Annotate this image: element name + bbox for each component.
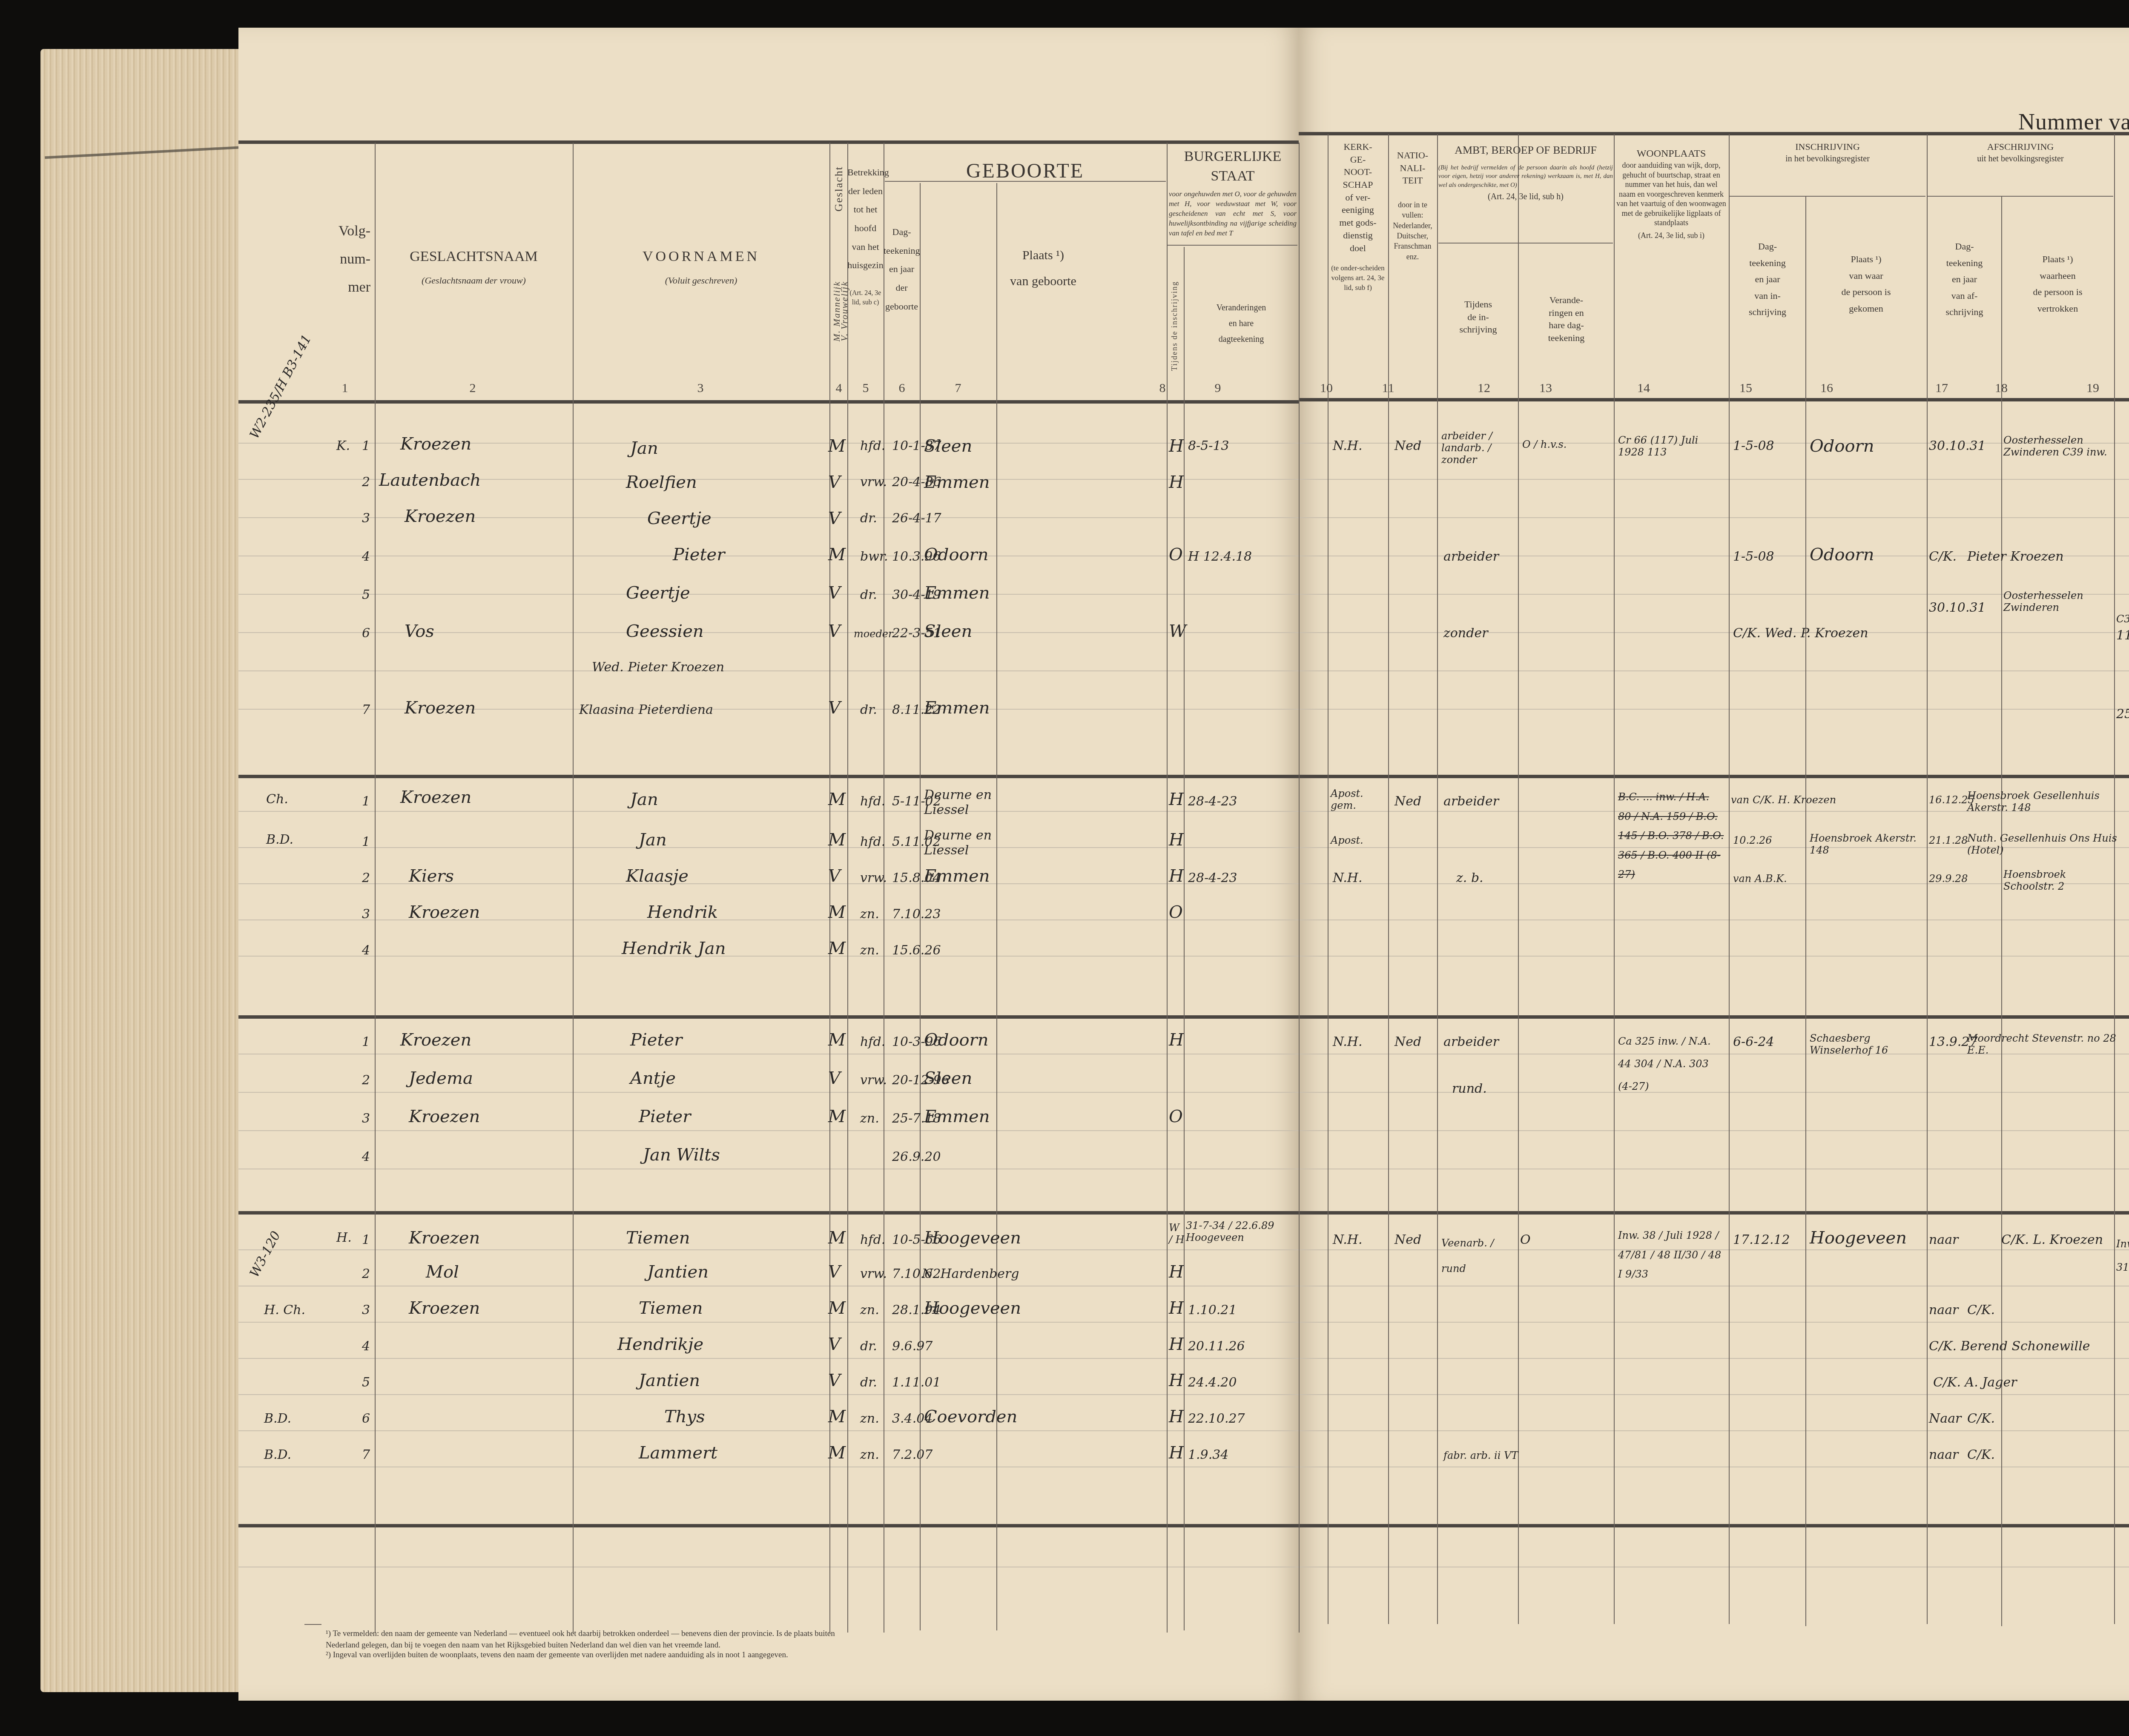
header-sub: (Geslachtsnaam der vrouw)	[375, 274, 573, 287]
header-line: ringen en	[1519, 307, 1614, 319]
given-names: Jan	[630, 438, 658, 458]
civil-status: H	[1169, 1030, 1184, 1050]
footnote-1: ¹) Te vermelden: den naam der gemeente v…	[326, 1628, 837, 1651]
header-line: van in-	[1730, 288, 1805, 304]
column-divider	[1518, 134, 1519, 1624]
header-line: der	[884, 281, 920, 294]
birth-place: Emmen	[924, 698, 990, 718]
header-volgnummer: Volg- num- mer	[243, 221, 370, 297]
header-note: voor ongehuwden met O, voor de gehuwden …	[1169, 189, 1297, 238]
header-line: Plaats ¹)	[2001, 251, 2114, 268]
death-date: Inw. / 31.7.34	[2116, 1232, 2129, 1279]
header-sub: door in te vullen: Nederlander, Duitsche…	[1388, 200, 1437, 262]
surname: Kroezen	[400, 1030, 471, 1050]
header-line: TEIT	[1388, 174, 1437, 187]
relation: zn.	[860, 943, 879, 958]
row-mark: K.	[336, 438, 350, 453]
given-names: Pieter	[630, 1030, 682, 1050]
registration-date: van C/K. H. Kroezen	[1731, 794, 1836, 806]
header-line: Betrekking	[847, 166, 884, 179]
row-number: 2	[362, 1266, 370, 1281]
death-date: C39 inw.	[2116, 613, 2129, 625]
pencil-mark	[45, 146, 245, 159]
deregistration-date: 30.10.31	[1929, 600, 1986, 615]
column-divider	[1328, 134, 1328, 1624]
header-line: NOOT-	[1328, 166, 1388, 178]
header-line: teekening	[884, 244, 920, 257]
surname: Jedema	[409, 1069, 473, 1088]
sex: V	[828, 473, 841, 492]
civil-status: H	[1169, 473, 1184, 492]
column-divider	[1167, 143, 1168, 1633]
occupation: fabr. arb. ii VT	[1443, 1450, 1518, 1461]
deregistration-to: C/K. Berend Schonewille	[1929, 1339, 2090, 1354]
relation: dr.	[860, 511, 877, 526]
header-burgerlijke-staat: BURGERLIJKE STAAT voor ongehuwden met O,…	[1169, 147, 1297, 238]
column-number: 12	[1471, 381, 1497, 395]
sex: V	[828, 1262, 841, 1282]
sex: M	[828, 939, 846, 958]
deregistration-to: C/K. L. Kroezen	[2001, 1232, 2103, 1247]
given-names: Roelfien	[626, 473, 697, 492]
group-rule	[1168, 245, 1297, 246]
header-title: AMBT, BEROEP OF BEDRIJF	[1438, 143, 1613, 158]
header-veranderingen: Veranderingen en hare dagteekening	[1184, 302, 1299, 345]
header-inschrijving: INSCHRIJVING in het bevolkingsregister	[1730, 140, 1925, 165]
header-note: door aanduiding van wijk, dorp, gehucht …	[1616, 160, 1727, 228]
given-names: Hendrik Jan	[622, 939, 726, 958]
group-rule	[1438, 243, 1613, 243]
header-line: en hare	[1184, 318, 1299, 329]
civil-status: H	[1169, 436, 1184, 456]
header-line: teekening	[2114, 229, 2129, 246]
header-ambt-veranderingen: Verande- ringen en hare dag- teekening	[1519, 294, 1614, 344]
row-number: 7	[362, 1447, 370, 1462]
relation: vrw.	[860, 1073, 887, 1088]
surname: Kroezen	[409, 1107, 480, 1126]
column-divider	[1614, 134, 1615, 1624]
birth-place: Sleen	[924, 1069, 972, 1088]
header-line: NATIO-	[1388, 149, 1437, 162]
given-names: Antje	[630, 1069, 676, 1088]
deregistration-to: Hoensbroek Schoolstr. 2	[2003, 868, 2089, 892]
deregistration-to: C/K.	[1967, 1447, 1995, 1462]
nationality: Ned	[1394, 438, 1421, 453]
column-divider	[1805, 196, 1806, 1626]
header-top-rule	[238, 140, 1299, 144]
relation: hfd.	[860, 1034, 885, 1049]
header-title: WOONPLAATS	[1616, 147, 1727, 160]
occupation: arbeider	[1443, 549, 1499, 564]
given-names: Hendrik	[647, 902, 718, 922]
header-line: Plaats ¹)	[1805, 251, 1927, 268]
surname: Vos	[405, 622, 434, 641]
header-line: van waar	[1805, 268, 1927, 284]
civil-status: H	[1169, 1335, 1184, 1354]
civil-status: H	[1169, 1407, 1184, 1427]
relation: zn.	[860, 907, 879, 922]
registration-date: van A.B.K.	[1733, 873, 1787, 885]
surname: Kiers	[409, 866, 454, 886]
column-divider	[375, 143, 376, 1633]
header-afschrijving-datum: Dag- teekening en jaar van af- schrijvin…	[1928, 238, 2001, 321]
church: Apost. gem.	[1331, 788, 1386, 811]
header-line: hare dag-	[1519, 319, 1614, 332]
row-mark: Ch.	[266, 792, 288, 807]
church: N.H.	[1333, 438, 1363, 453]
church: N.H.	[1333, 1034, 1363, 1049]
column-number: 7	[945, 381, 971, 395]
header-line: KERK-	[1328, 140, 1388, 153]
column-number: 8	[1150, 381, 1175, 395]
header-title: GEBOORTE	[884, 158, 1167, 185]
row-number: 3	[362, 1111, 370, 1126]
relation: dr.	[860, 587, 877, 602]
footnote-rule	[304, 1624, 321, 1625]
row-number: 4	[362, 1339, 370, 1354]
civil-status: H	[1169, 1371, 1184, 1390]
sex: V	[828, 698, 841, 718]
occupation-change: O	[1520, 1232, 1531, 1247]
row-mark: H.	[336, 1230, 352, 1245]
header-inschrijving-plaats: Plaats ¹) van waar de persoon is gekomen	[1805, 251, 1927, 317]
relation: vrw.	[860, 871, 887, 885]
header-overlijden: Dag- teekening en jaar van OVER- LIJDEN …	[2114, 213, 2129, 311]
row-number: 6	[362, 626, 370, 641]
surname: Kroezen	[409, 1228, 480, 1248]
civil-status: W / H	[1169, 1222, 1186, 1246]
sex: V	[828, 622, 841, 641]
header-line: Volg-	[243, 221, 370, 241]
given-names: Pieter	[673, 545, 725, 564]
header-line: de in-	[1438, 311, 1518, 324]
registration-from: Schaesberg Winselerhof 16	[1810, 1032, 1925, 1056]
civil-status: O	[1169, 545, 1183, 564]
sex: M	[828, 1407, 846, 1427]
deregistration-to: Moordrecht Stevenstr. no 28 E.E.	[1967, 1032, 2129, 1056]
header-line: Tijdens	[1438, 298, 1518, 311]
header-line: schrijving	[1730, 304, 1805, 321]
column-number: 10	[1314, 381, 1339, 395]
row-mark: H. Ch.	[264, 1303, 305, 1318]
birth-place: Emmen	[924, 583, 990, 603]
birth-place: Emmen	[924, 1107, 990, 1126]
relation: hfd.	[860, 834, 885, 849]
civil-status: H	[1169, 1298, 1184, 1318]
sex: M	[828, 1030, 846, 1050]
row-number: 7	[362, 702, 370, 717]
relation: hfd.	[860, 438, 885, 453]
given-names: Hendrikje	[617, 1335, 703, 1354]
row-number: 3	[362, 511, 370, 526]
relation: hfd.	[860, 1232, 885, 1247]
civil-status-change: 1.10.21	[1188, 1303, 1237, 1318]
deregistration-date: 30.10.31	[1929, 438, 1986, 453]
sex: V	[828, 866, 841, 886]
sex: M	[828, 1298, 846, 1318]
header-line: geboorte	[884, 300, 920, 313]
civil-status: H	[1169, 866, 1184, 886]
relation: zn.	[860, 1111, 879, 1126]
header-line: vertrokken	[2001, 301, 2114, 317]
relation: dr.	[860, 1375, 877, 1390]
header-line: LIJDEN ²)	[2114, 295, 2129, 312]
column-number: 2	[460, 381, 485, 395]
column-number: 1	[332, 381, 358, 395]
row-number: 3	[362, 907, 370, 922]
row-number: 1	[362, 1034, 370, 1049]
relation: bwr.	[860, 549, 888, 564]
given-names: Geertje	[626, 583, 690, 603]
header-line: tot het	[847, 203, 884, 216]
surname: Kroezen	[400, 788, 471, 807]
birth-place: Sleen	[924, 622, 972, 641]
given-names: Geertje	[647, 509, 712, 528]
relation: hfd.	[860, 794, 885, 809]
registration-from: Hoogeveen	[1810, 1228, 1907, 1248]
row-number: 2	[362, 1073, 370, 1088]
sex: M	[828, 1107, 846, 1126]
church: N.H.	[1333, 871, 1363, 885]
death-date: 11.2.23	[2116, 628, 2129, 643]
birth-date: 7.2.07	[892, 1447, 933, 1462]
header-afschrijving: AFSCHRIJVING uit het bevolkingsregister	[1928, 140, 2113, 165]
header-line: num-	[243, 249, 370, 269]
group-rule	[1928, 196, 2113, 197]
header-line: gekomen	[1805, 301, 1927, 317]
row-number: 5	[362, 587, 370, 602]
deregistration-date: 29.9.28	[1929, 873, 1968, 885]
registration-from: Odoorn	[1810, 436, 1874, 456]
sex: M	[828, 436, 846, 456]
given-names: Tiemen	[639, 1298, 703, 1318]
deregistration-date: C/K.	[1929, 549, 1957, 564]
occupation: arbeider	[1443, 1034, 1499, 1049]
header-nationaliteit: NATIO- NALI- TEIT door in te vullen: Ned…	[1388, 149, 1437, 262]
given-names: Jantien	[639, 1371, 700, 1390]
column-divider	[884, 143, 884, 1633]
civil-status-change: 28-4-23	[1188, 794, 1237, 809]
deregistration-date: naar	[1929, 1232, 1958, 1247]
occupation: arbeider / landarb. / zonder	[1441, 430, 1518, 466]
deregistration-date: Naar	[1929, 1411, 1961, 1426]
registration-date: 1-5-08	[1733, 549, 1774, 564]
column-number: 11	[1375, 381, 1401, 395]
relation: zn.	[860, 1411, 879, 1426]
header-line: en jaar	[1730, 271, 1805, 288]
header-line: teekening	[1730, 255, 1805, 272]
residence: B.C. ... inw. / H.A. 80 / N.A. 159 / B.O…	[1618, 788, 1724, 885]
header-afschrijving-plaats: Plaats ¹) waarheen de persoon is vertrok…	[2001, 251, 2114, 317]
relation: dr.	[860, 702, 877, 717]
header-voornamen: VOORNAMEN (Voluit geschreven)	[573, 247, 829, 287]
civil-status-change: 8-5-13	[1188, 438, 1229, 453]
civil-status: O	[1169, 1107, 1183, 1126]
row-number: 1	[362, 438, 370, 453]
header-tijdens-inschrijving: Tijdens de inschrijving	[1170, 281, 1179, 371]
header-line: SCHAP	[1328, 178, 1388, 191]
header-geboorte-datum: Dag- teekening en jaar der geboorte	[884, 226, 920, 312]
column-divider	[1927, 134, 1928, 1624]
sex: V	[828, 583, 841, 603]
occupation-change: O / h.v.s.	[1522, 438, 1567, 450]
row-number: 4	[362, 549, 370, 564]
header-ref: (Art. 24, 3e lid, sub i)	[1616, 230, 1727, 241]
church: N.H.	[1333, 1232, 1363, 1247]
occupation: z. b.	[1456, 871, 1483, 885]
row-number: 2	[362, 871, 370, 885]
sex: M	[828, 1443, 846, 1463]
occupation: Veenarb. / rund	[1441, 1230, 1514, 1281]
deregistration-date: naar	[1929, 1303, 1958, 1318]
sex: M	[828, 790, 846, 809]
header-line: Veranderingen	[1184, 302, 1299, 314]
surname: Kroezen	[405, 507, 476, 526]
birth-place: Hoogeveen	[924, 1298, 1021, 1318]
civil-status: H	[1169, 790, 1184, 809]
residence: Cr 66 (117) Juli 1928 113	[1618, 434, 1724, 458]
birth-date: 9.6.97	[892, 1339, 933, 1354]
given-names: Jan	[639, 830, 667, 850]
nationality: Ned	[1394, 1034, 1421, 1049]
given-names: Tiemen	[626, 1228, 690, 1248]
header-bottom-rule	[1299, 398, 2129, 401]
given-names: Jan Wilts	[643, 1145, 720, 1165]
relation: vrw.	[860, 475, 887, 490]
deregistration-to: Pieter Kroezen	[1967, 549, 2064, 564]
row-number: 1	[362, 834, 370, 849]
header-inschrijving-datum: Dag- teekening en jaar van in- schrijvin…	[1730, 238, 1805, 321]
header-bottom-rule	[238, 400, 1299, 404]
column-divider	[1184, 247, 1185, 1630]
registration-date: 1-5-08	[1733, 438, 1774, 453]
civil-status-change: H 12.4.18	[1188, 549, 1252, 564]
deregistration-to: Hoensbroek Gesellenhuis Akerstr. 148	[1967, 790, 2112, 814]
given-names: Lammert	[639, 1443, 717, 1463]
civil-status: W	[1169, 622, 1186, 641]
civil-status-change: 1.9.34	[1188, 1447, 1228, 1462]
civil-status-change: 31-7-34 / 22.6.89 Hoogeveen	[1186, 1220, 1297, 1243]
column-number: 3	[688, 381, 713, 395]
header-line: teekening	[1928, 255, 2001, 272]
column-number: 18	[1988, 381, 2014, 395]
row-number: 4	[362, 943, 370, 958]
column-number: 14	[1631, 381, 1656, 395]
header-sub: uit het bevolkingsregister	[1928, 153, 2113, 165]
civil-status: O	[1169, 902, 1183, 922]
header-geboorte-plaats: Plaats ¹) van geboorte	[920, 247, 1167, 290]
surname: Kroezen	[409, 1298, 480, 1318]
birth-date: 26.9.20	[892, 1149, 941, 1164]
header-line: doel	[1328, 242, 1388, 255]
header-geslachtsnaam: GESLACHTSNAAM (Geslachtsnaam der vrouw)	[375, 247, 573, 287]
birth-place: Emmen	[924, 866, 990, 886]
nationality: Ned	[1394, 794, 1421, 809]
given-names: Klaasje	[626, 866, 689, 886]
header-line: eeniging	[1328, 203, 1388, 216]
column-divider	[847, 143, 848, 1633]
header-line: teekening	[1519, 332, 1614, 344]
column-divider	[2114, 134, 2115, 1624]
header-line: dagteekening	[1184, 334, 1299, 345]
relation: vrw.	[860, 1266, 887, 1281]
birth-date: 26-4-17	[892, 511, 941, 526]
residence: Ca 325 inw. / N.A. 44 304 / N.A. 303 (4-…	[1618, 1030, 1724, 1097]
header-line: Plaats ¹)	[920, 247, 1167, 264]
header-line: van geboorte	[920, 273, 1167, 290]
header-ambt-tijdens: Tijdens de in- schrijving	[1438, 298, 1518, 336]
header-line: van het	[847, 241, 884, 253]
header-line: hoofd	[847, 222, 884, 235]
header-sub: (Voluit geschreven)	[573, 274, 829, 287]
civil-status-change: 22.10.27	[1188, 1411, 1245, 1426]
row-mark: B.D.	[266, 832, 293, 847]
column-divider	[1437, 134, 1438, 1624]
occupation: arbeider	[1443, 794, 1499, 809]
birth-place: Emmen	[924, 473, 990, 492]
sex: V	[828, 1335, 841, 1354]
header-line: de persoon is	[1805, 284, 1927, 301]
header-line: en jaar	[884, 263, 920, 275]
header-line: en jaar	[1928, 271, 2001, 288]
deregistration-to: Oosterhesselen Zwinderen	[2003, 590, 2114, 613]
header-title: AFSCHRIJVING	[1928, 140, 2113, 153]
column-number: 15	[1733, 381, 1759, 395]
header-line: en jaar	[2114, 246, 2129, 262]
header-kerkgenootschap: KERK- GE- NOOT- SCHAP of ver- eeniging m…	[1328, 140, 1388, 293]
header-sub: in het bevolkingsregister	[1730, 153, 1925, 165]
relation: zn.	[860, 1303, 879, 1318]
column-number: 19	[2080, 381, 2106, 395]
header-line: der leden	[847, 185, 884, 198]
church: Apost.	[1331, 834, 1363, 846]
header-geboorte: GEBOORTE	[884, 158, 1167, 185]
header-woonplaats: WOONPLAATS door aanduiding van wijk, dor…	[1616, 147, 1727, 241]
sex: M	[828, 1228, 846, 1248]
deregistration-to: C/K.	[1967, 1411, 1995, 1426]
occupation: rund.	[1452, 1081, 1487, 1096]
given-names: Geessien	[626, 622, 704, 641]
registration-date: 17.12.12	[1733, 1232, 1790, 1247]
given-names: Jantien	[647, 1262, 709, 1282]
header-ref: (Art. 24, 3e lid, sub h)	[1438, 191, 1613, 203]
given-names: Wed. Pieter Kroezen	[592, 660, 724, 675]
column-number: 16	[1814, 381, 1839, 395]
column-number: 6	[889, 381, 915, 395]
header-line: schrijving	[1438, 323, 1518, 336]
header-betrekking: Betrekking der leden tot het hoofd van h…	[847, 166, 884, 307]
civil-status-change: 20.11.26	[1188, 1339, 1245, 1354]
column-divider	[1299, 143, 1300, 1633]
row-number: 4	[362, 1149, 370, 1164]
header-line: NALI-	[1388, 162, 1437, 175]
deregistration-date: naar	[1929, 1447, 1958, 1462]
birth-place: N. Hardenberg	[922, 1266, 1019, 1281]
occupation: zonder	[1443, 626, 1488, 641]
header-line: of ver-	[1328, 191, 1388, 204]
sex: V	[828, 1069, 841, 1088]
given-names: Pieter	[639, 1107, 691, 1126]
header-title: BURGERLIJKE STAAT	[1169, 147, 1297, 186]
header-title: INSCHRIJVING	[1730, 140, 1925, 153]
column-number: 5	[853, 381, 878, 395]
header-line: huisgezin	[847, 259, 884, 272]
birth-date: 7.10.23	[892, 907, 941, 922]
header-ambt-beroep: AMBT, BEROEP OF BEDRIJF (Bij het bedrijf…	[1438, 143, 1613, 203]
birth-place: Coevorden	[924, 1407, 1017, 1427]
footnote-2: ²) Ingeval van overlijden buiten de woon…	[326, 1650, 837, 1661]
deregistration-date: 21.1.28	[1929, 834, 1968, 846]
